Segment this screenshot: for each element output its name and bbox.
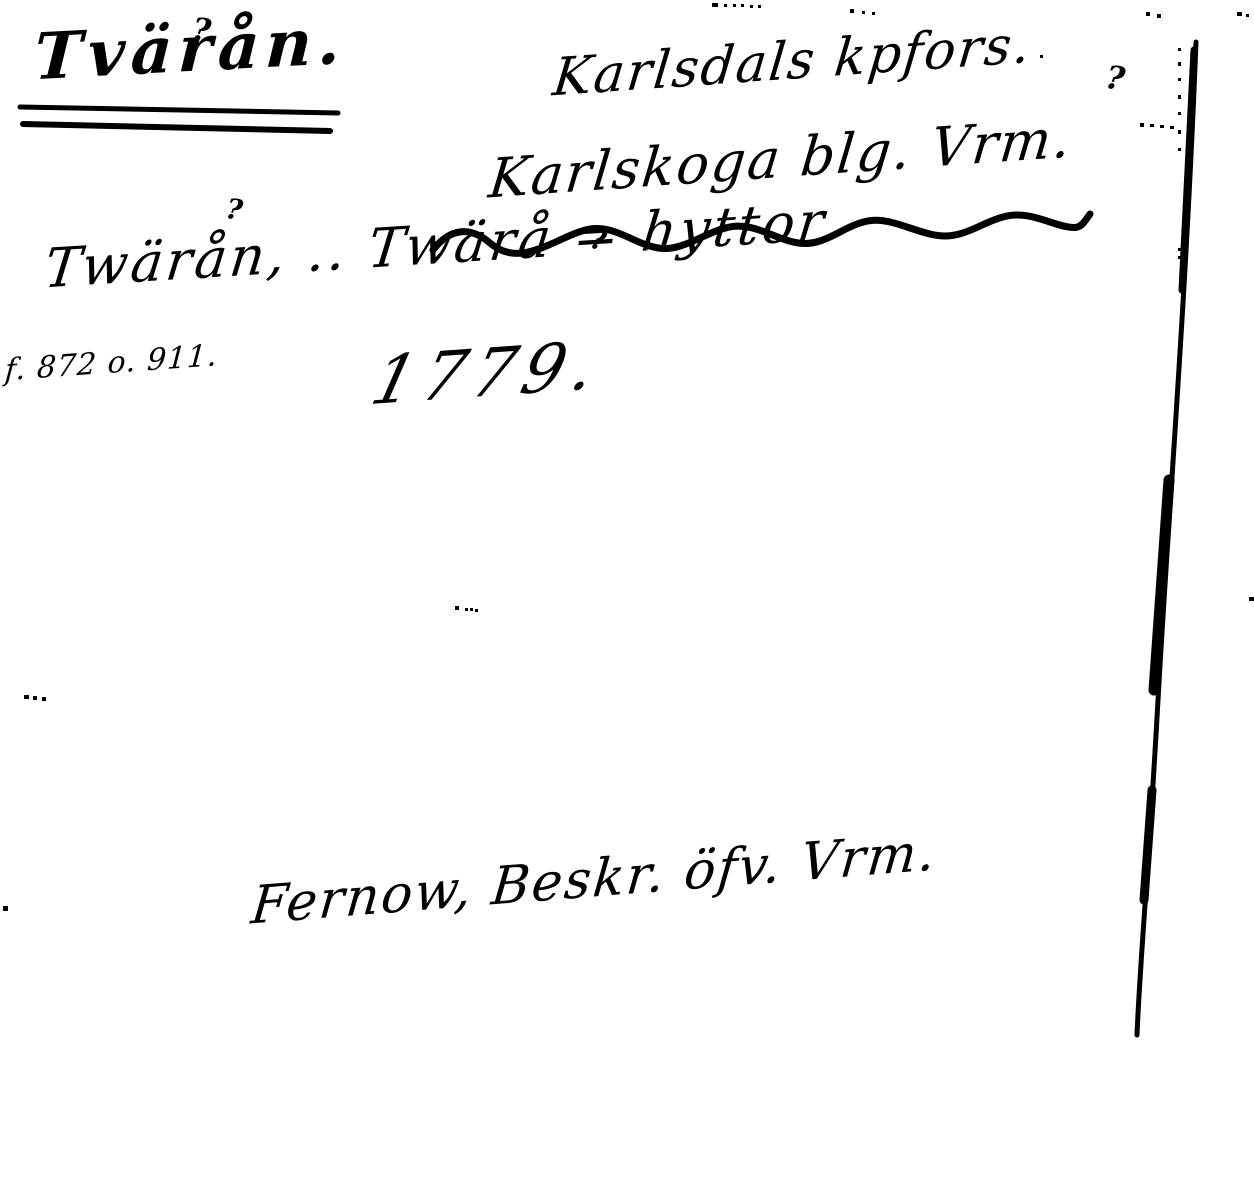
noise-speck (741, 4, 744, 7)
noise-speck (733, 4, 736, 7)
noise-speck (1040, 55, 1043, 58)
locality-line-1: Karlsdals kpfors. (550, 19, 1034, 105)
noise-speck (758, 5, 761, 8)
scan-edge-line-thick-lower (1144, 790, 1152, 900)
headword: Tvärån. (33, 10, 348, 91)
noise-speck (1178, 112, 1181, 115)
noise-speck (1140, 123, 1144, 127)
noise-speck (1160, 125, 1164, 128)
noise-speck (1178, 256, 1181, 259)
noise-speck (1249, 597, 1254, 601)
noise-speck (1157, 14, 1161, 18)
entry-question-mark-left: ? (224, 195, 244, 225)
noise-speck (33, 696, 37, 700)
noise-speck (1178, 62, 1181, 66)
scan-edge-line-thick-top (1182, 50, 1194, 290)
noise-speck (1237, 12, 1242, 16)
noise-speck (1170, 126, 1174, 129)
noise-speck (455, 606, 459, 610)
source-citation: Fernow, Beskr. öfv. Vrm. (249, 826, 939, 933)
noise-speck (1178, 78, 1181, 81)
entry-line: Twärån, .. Twärå = hyttor (42, 194, 830, 296)
scanned-index-card: ? Tvärån. ? Karlsdals kpfors. Karlskoga … (0, 0, 1254, 1198)
noise-speck (1178, 130, 1181, 134)
scan-edge-line (1137, 42, 1196, 1035)
noise-speck (24, 695, 29, 699)
scan-edge-line-thick-middle (1154, 480, 1169, 690)
noise-speck (1178, 248, 1181, 251)
headword-underline-1 (20, 107, 338, 113)
year: 1779. (365, 332, 610, 415)
noise-speck (1146, 12, 1150, 16)
noise-speck (1246, 14, 1249, 17)
noise-speck (850, 9, 854, 13)
noise-speck (465, 608, 468, 611)
noise-speck (862, 11, 865, 14)
noise-speck (1178, 148, 1181, 151)
noise-speck (1178, 95, 1181, 99)
noise-speck (470, 608, 473, 611)
noise-speck (750, 5, 753, 8)
noise-speck (1150, 124, 1154, 127)
noise-speck (3, 906, 8, 911)
headword-underline-2 (23, 124, 330, 131)
noise-speck (42, 697, 46, 701)
noise-speck (724, 4, 727, 7)
page-reference: f. 872 o. 911. (4, 341, 219, 386)
noise-speck (872, 12, 875, 15)
noise-speck (475, 609, 478, 612)
noise-speck (712, 3, 718, 7)
locality-question-mark: ? (1104, 61, 1127, 95)
noise-speck (1178, 48, 1181, 51)
